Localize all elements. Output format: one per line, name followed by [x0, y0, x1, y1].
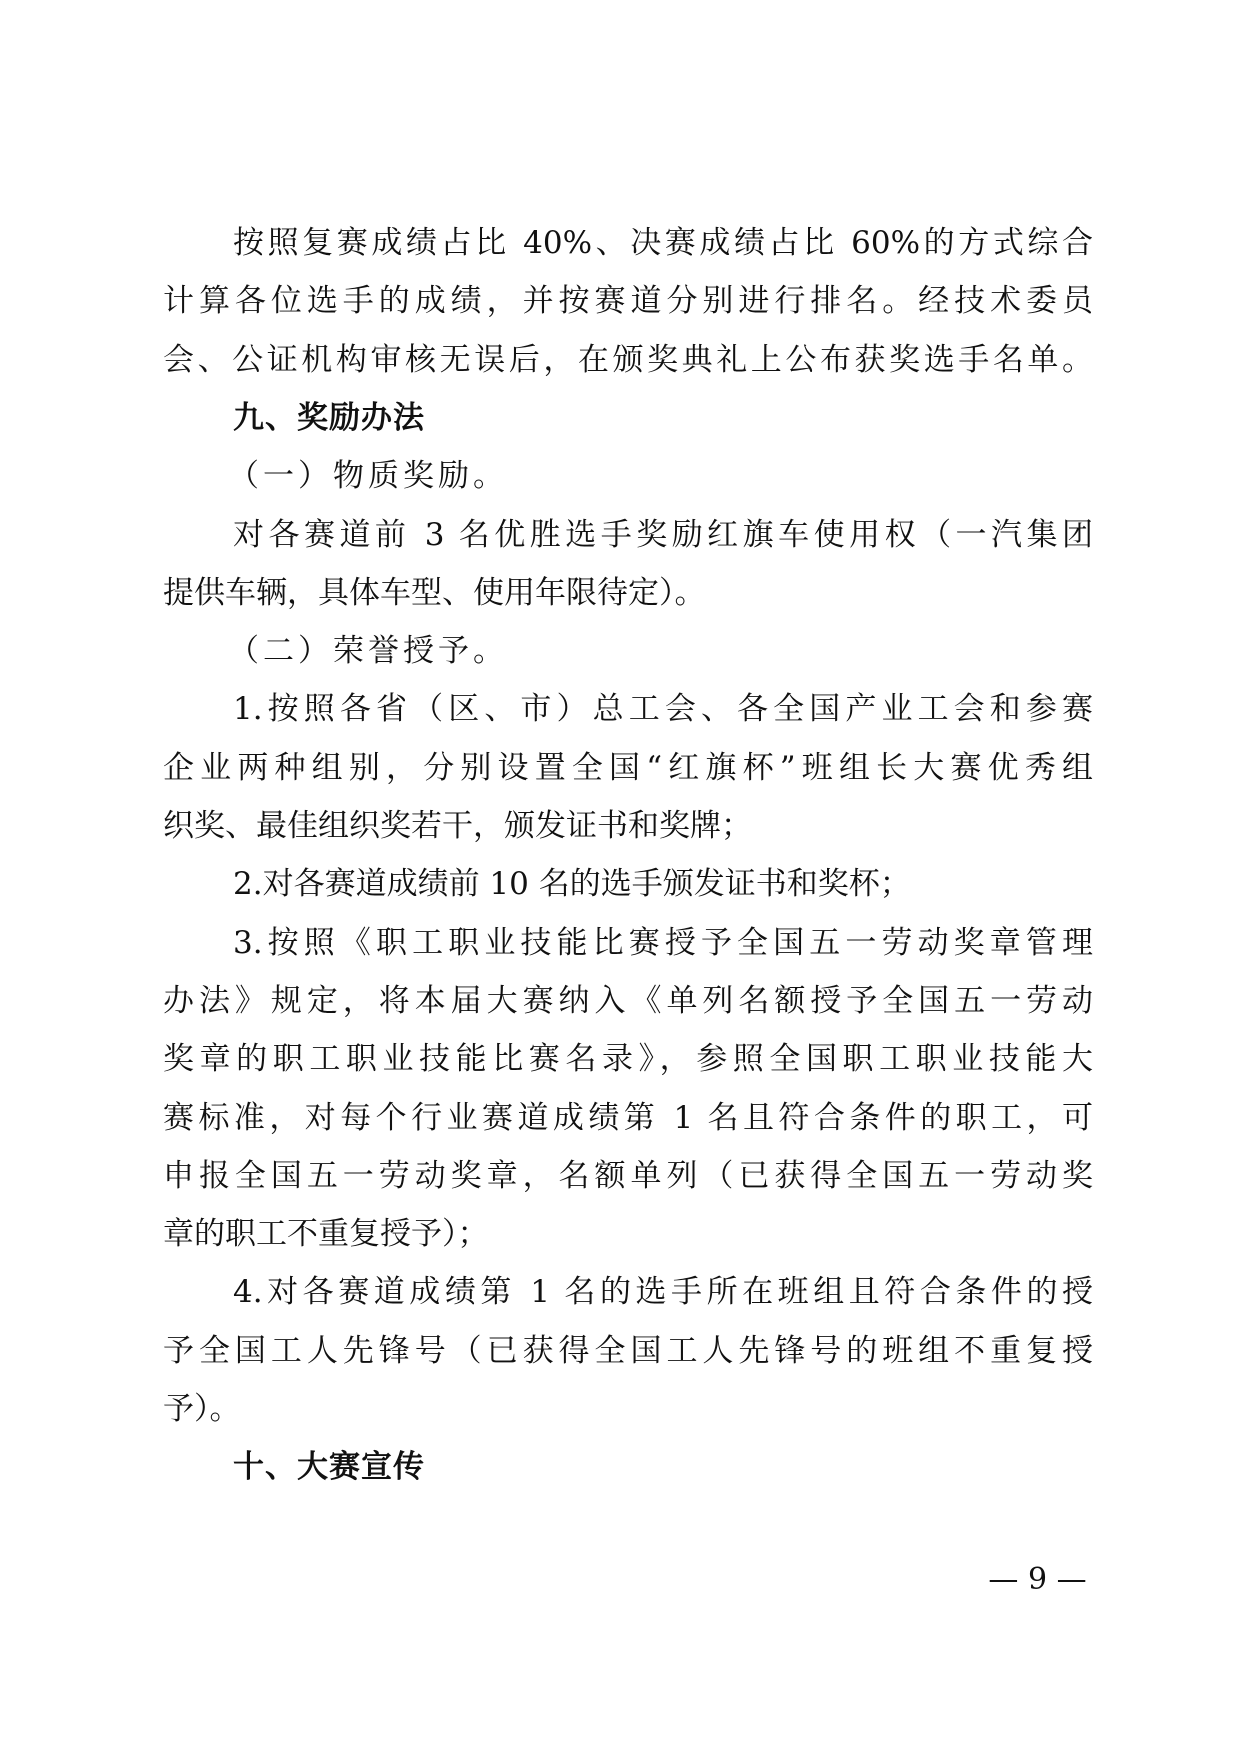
paragraph-first-line: 3.按照《职工职业技能比赛授予全国五一劳动奖章管理	[233, 914, 1093, 972]
section-heading: 十、大赛宣传	[233, 1438, 1093, 1496]
body-text-line: 会、公证机构审核无误后，在颁奖典礼上公布获奖选手名单。	[163, 331, 1093, 389]
section-heading: 九、奖励办法	[233, 389, 1093, 447]
paragraph-first-line: 2.对各赛道成绩前 10 名的选手颁发证书和奖杯；	[233, 855, 1093, 913]
paragraph-last-line: 提供车辆，具体车型、使用年限待定）。	[163, 564, 1093, 622]
subsection-heading: （二）荣誉授予。	[228, 622, 1093, 680]
subsection-heading: （一）物质奖励。	[228, 447, 1093, 505]
body-text-line: 办法》规定，将本届大赛纳入《单列名额授予全国五一劳动	[163, 972, 1093, 1030]
body-text-line: 计算各位选手的成绩，并按赛道分别进行排名。经技术委员	[163, 272, 1093, 330]
paragraph-last-line: 章的职工不重复授予）；	[163, 1205, 1093, 1263]
paragraph-first-line: 对各赛道前 3 名优胜选手奖励红旗车使用权（一汽集团	[233, 506, 1093, 564]
paragraph-first-line: 按照复赛成绩占比 40%、决赛成绩占比 60%的方式综合	[233, 214, 1093, 272]
body-text-line: 申报全国五一劳动奖章，名额单列（已获得全国五一劳动奖	[163, 1147, 1093, 1205]
paragraph-last-line: 织奖、最佳组织奖若干，颁发证书和奖牌；	[163, 797, 1093, 855]
paragraph-first-line: 4.对各赛道成绩第 1 名的选手所在班组且符合条件的授	[233, 1263, 1093, 1321]
body-text-line: 企业两种组别，分别设置全国“红旗杯”班组长大赛优秀组	[163, 739, 1093, 797]
body-text-line: 赛标准，对每个行业赛道成绩第 1 名且符合条件的职工，可	[163, 1089, 1093, 1147]
paragraph-first-line: 1.按照各省（区、市）总工会、各全国产业工会和参赛	[233, 680, 1093, 738]
page-number: — 9 —	[980, 1560, 1095, 1600]
body-text-line: 予全国工人先锋号（已获得全国工人先锋号的班组不重复授	[163, 1322, 1093, 1380]
body-text-line: 奖章的职工职业技能比赛名录》，参照全国职工职业技能大	[163, 1030, 1093, 1088]
paragraph-last-line: 予）。	[163, 1380, 1093, 1438]
document-page: 按照复赛成绩占比 40%、决赛成绩占比 60%的方式综合计算各位选手的成绩，并按…	[0, 0, 1240, 1753]
